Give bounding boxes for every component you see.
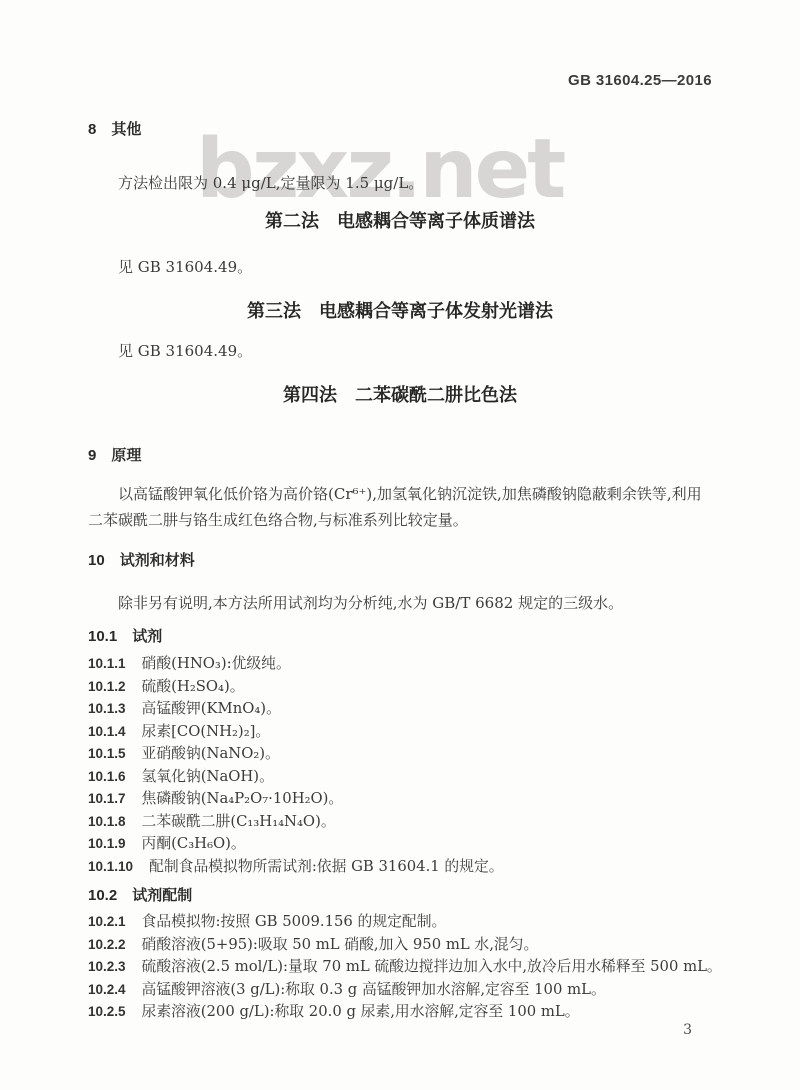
item-number: 10.1.1	[88, 656, 126, 671]
item-text: 硫酸溶液(2.5 mol/L):量取 70 mL 硫酸边搅拌边加入水中,放冷后用…	[142, 958, 722, 975]
item-text: 高锰酸钾溶液(3 g/L):称取 0.3 g 高锰酸钾加水溶解,定容至 100 …	[142, 981, 606, 998]
standard-code: GB 31604.25—2016	[88, 72, 712, 90]
item-text: 二苯碳酰二肼(C₁₃H₁₄N₄O)。	[142, 813, 336, 830]
list-item: 10.2.3硫酸溶液(2.5 mol/L):量取 70 mL 硫酸边搅拌边加入水…	[88, 956, 712, 979]
list-item: 10.2.5尿素溶液(200 g/L):称取 20.0 g 尿素,用水溶解,定容…	[88, 1001, 712, 1024]
clause-number: 10.2	[88, 886, 117, 906]
list-item: 10.2.2硝酸溶液(5+95):吸取 50 mL 硝酸,加入 950 mL 水…	[88, 934, 712, 957]
method-2-reference: 见 GB 31604.49。	[88, 256, 712, 278]
list-item: 10.1.9丙酮(C₃H₆O)。	[88, 833, 712, 856]
list-item: 10.1.6氢氧化钠(NaOH)。	[88, 766, 712, 789]
item-number: 10.1.9	[88, 836, 126, 851]
method-4-heading: 第四法 二苯碳酰二肼比色法	[88, 382, 712, 408]
clause-9-paragraph: 以高锰酸钾氧化低价铬为高价铬(Cr⁶⁺),加氢氧化钠沉淀铁,加焦磷酸钠隐蔽剩余铁…	[88, 481, 712, 533]
item-number: 10.2.1	[88, 914, 126, 929]
clause-10-1-heading: 10.1 试剂	[88, 627, 712, 647]
item-text: 硫酸(H₂SO₄)。	[142, 678, 245, 695]
item-number: 10.1.6	[88, 769, 126, 784]
list-item: 10.1.5亚硝酸钠(NaNO₂)。	[88, 743, 712, 766]
list-item: 10.1.7焦磷酸钠(Na₄P₂O₇·10H₂O)。	[88, 788, 712, 811]
clause-10-heading: 10 试剂和材料	[88, 551, 712, 571]
clause-9-heading: 9 原理	[88, 446, 712, 466]
list-item: 10.2.4高锰酸钾溶液(3 g/L):称取 0.3 g 高锰酸钾加水溶解,定容…	[88, 979, 712, 1002]
item-text: 氢氧化钠(NaOH)。	[142, 768, 274, 785]
clause-10-paragraph: 除非另有说明,本方法所用试剂均为分析纯,水为 GB/T 6682 规定的三级水。	[88, 592, 712, 614]
item-text: 食品模拟物:按照 GB 5009.156 的规定配制。	[142, 913, 447, 930]
item-number: 10.1.5	[88, 746, 126, 761]
clause-number: 9	[88, 446, 96, 466]
clause-number: 10	[88, 551, 105, 571]
clause-number: 10.1	[88, 627, 117, 647]
clause-number: 8	[88, 120, 96, 140]
clause-title: 试剂配制	[132, 886, 192, 906]
item-text: 尿素[CO(NH₂)₂]。	[142, 723, 271, 740]
item-text: 高锰酸钾(KMnO₄)。	[142, 700, 281, 717]
item-number: 10.1.10	[88, 859, 133, 874]
reagent-list: 10.1.1硝酸(HNO₃):优级纯。 10.1.2硫酸(H₂SO₄)。 10.…	[88, 653, 712, 878]
list-item: 10.1.1硝酸(HNO₃):优级纯。	[88, 653, 712, 676]
clause-title: 原理	[111, 446, 141, 466]
item-number: 10.1.4	[88, 724, 126, 739]
item-number: 10.2.3	[88, 959, 126, 974]
item-number: 10.2.4	[88, 982, 126, 997]
list-item: 10.1.3高锰酸钾(KMnO₄)。	[88, 698, 712, 721]
item-number: 10.1.2	[88, 679, 126, 694]
list-item: 10.1.4尿素[CO(NH₂)₂]。	[88, 721, 712, 744]
clause-8-heading: 8 其他	[88, 120, 712, 140]
list-item: 10.1.8二苯碳酰二肼(C₁₃H₁₄N₄O)。	[88, 811, 712, 834]
item-text: 丙酮(C₃H₆O)。	[142, 835, 246, 852]
item-text: 硝酸溶液(5+95):吸取 50 mL 硝酸,加入 950 mL 水,混匀。	[142, 936, 539, 953]
item-text: 尿素溶液(200 g/L):称取 20.0 g 尿素,用水溶解,定容至 100 …	[142, 1003, 580, 1020]
clause-title: 试剂和材料	[120, 551, 195, 571]
item-text: 配制食品模拟物所需试剂:依据 GB 31604.1 的规定。	[149, 858, 504, 875]
item-text: 亚硝酸钠(NaNO₂)。	[142, 745, 280, 762]
item-number: 10.1.7	[88, 791, 126, 806]
document-page: bzxz.net GB 31604.25—2016 8 其他 方法检出限为 0.…	[0, 0, 800, 1090]
page-number: 3	[683, 1022, 692, 1038]
item-number: 10.2.2	[88, 937, 126, 952]
method-3-reference: 见 GB 31604.49。	[88, 340, 712, 362]
item-number: 10.1.3	[88, 701, 126, 716]
clause-title: 试剂	[132, 627, 162, 647]
list-item: 10.2.1食品模拟物:按照 GB 5009.156 的规定配制。	[88, 911, 712, 934]
method-3-heading: 第三法 电感耦合等离子体发射光谱法	[88, 298, 712, 324]
list-item: 10.1.2硫酸(H₂SO₄)。	[88, 676, 712, 699]
page-content: GB 31604.25—2016 8 其他 方法检出限为 0.4 μg/L,定量…	[88, 72, 712, 1024]
item-text: 焦磷酸钠(Na₄P₂O₇·10H₂O)。	[142, 790, 344, 807]
clause-title: 其他	[111, 120, 141, 140]
item-number: 10.2.5	[88, 1004, 126, 1019]
list-item: 10.1.10配制食品模拟物所需试剂:依据 GB 31604.1 的规定。	[88, 856, 712, 879]
item-text: 硝酸(HNO₃):优级纯。	[142, 655, 291, 672]
method-2-heading: 第二法 电感耦合等离子体质谱法	[88, 208, 712, 234]
item-number: 10.1.8	[88, 814, 126, 829]
clause-8-paragraph: 方法检出限为 0.4 μg/L,定量限为 1.5 μg/L。	[88, 172, 712, 194]
clause-10-2-heading: 10.2 试剂配制	[88, 886, 712, 906]
preparation-list: 10.2.1食品模拟物:按照 GB 5009.156 的规定配制。 10.2.2…	[88, 911, 712, 1024]
